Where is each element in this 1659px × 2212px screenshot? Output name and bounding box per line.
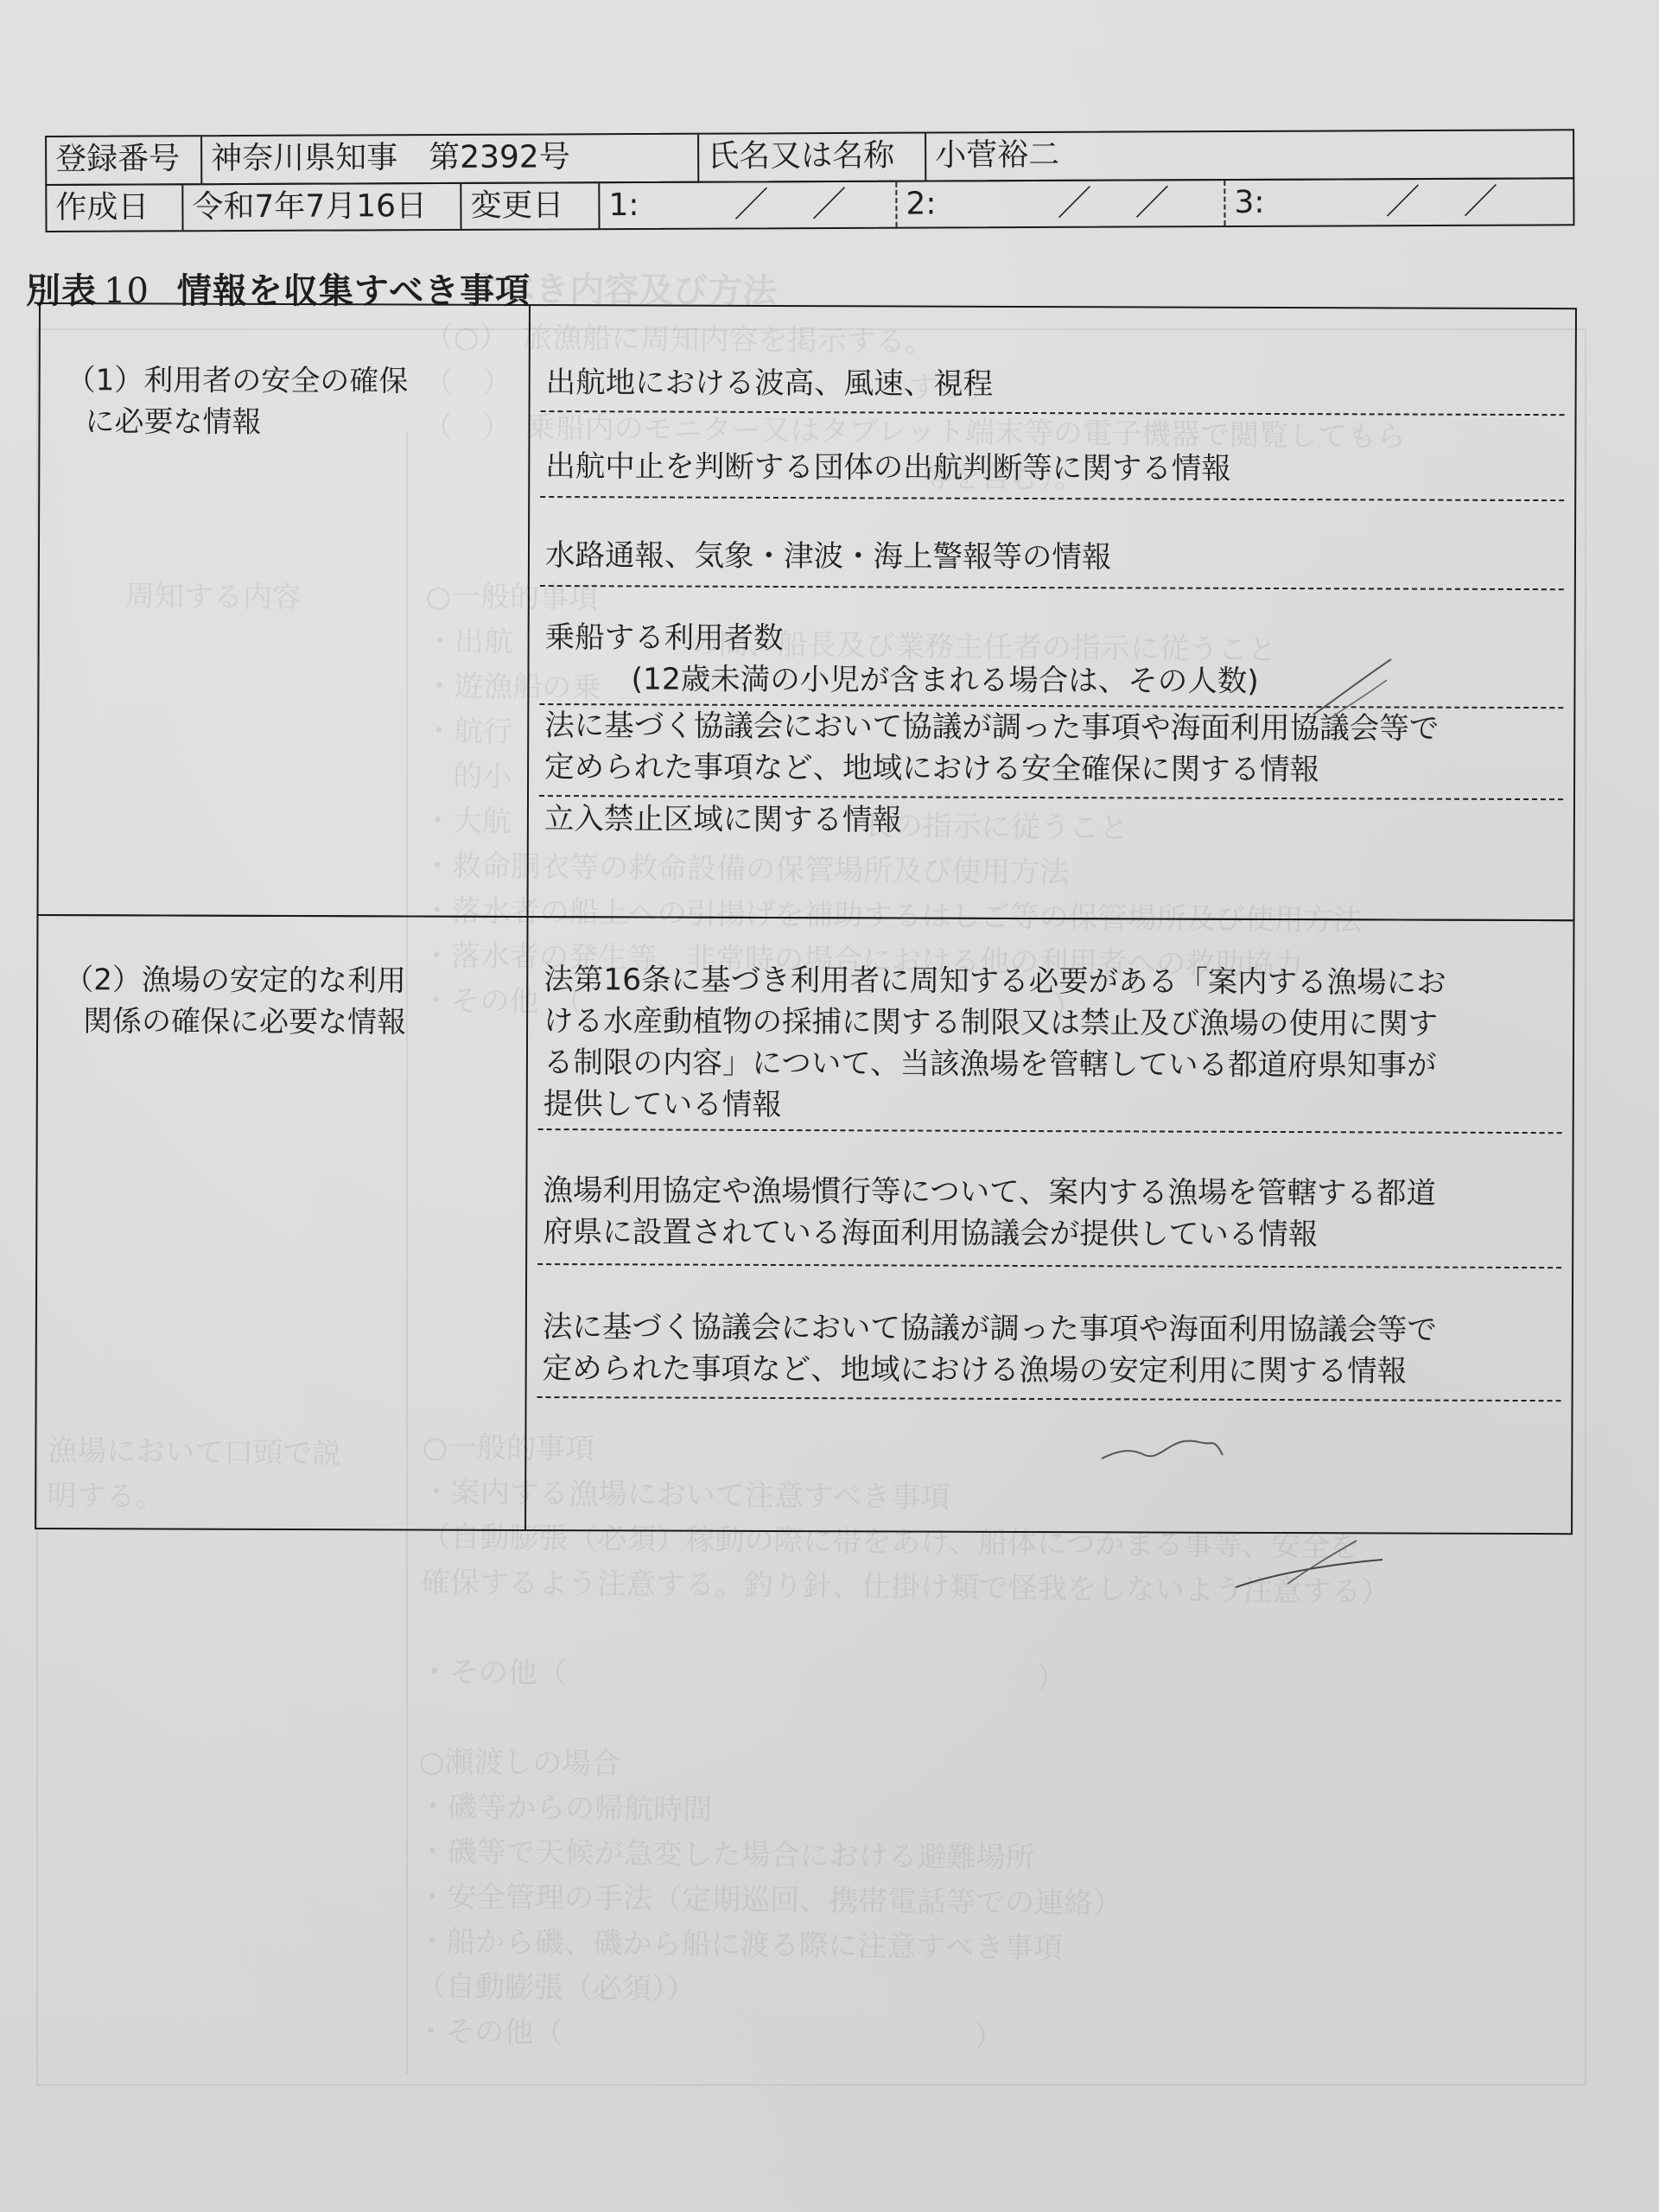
item-text: 法に基づく協議会において協議が調った事項や海面利用協議会等で — [543, 1306, 1561, 1351]
section-safety: （1）利用者の安全の確保 に必要な情報 出航地における波高、風速、視程 出航中止… — [37, 302, 1577, 921]
item-text: (12歳未満の小児が含まれる場合は、その人数) — [544, 658, 1563, 703]
list-item: 立入禁止区域に関する情報 — [539, 798, 1563, 850]
date-separator: ／ — [1113, 181, 1191, 226]
item-text: 法に基づく協議会において協議が調った事項や海面利用協議会等で — [544, 705, 1563, 750]
section-items-cell: 出航地における波高、風速、視程 出航中止を判断する団体の出航判断等に関する情報 … — [529, 306, 1575, 919]
section-label: （2）漁場の安定的な利用 関係の確保に必要な情報 — [64, 959, 513, 1044]
list-item: 出航中止を判断する団体の出航判断等に関する情報 — [540, 446, 1564, 501]
created-value: 令和7年7月16日 — [183, 184, 461, 230]
item-text: 水路通報、気象・津波・海上警報等の情報 — [545, 535, 1564, 580]
section-label-line: 関係の確保に必要な情報 — [64, 1001, 513, 1044]
list-item: 法に基づく協議会において協議が調った事項や海面利用協議会等で 定められた事項など… — [539, 705, 1563, 800]
section-items-cell: 法第16条に基づき利用者に周知する必要がある「案内する漁場にお ける水産動植物の… — [526, 918, 1573, 1533]
registration-value: 神奈川県知事 第2392号 — [202, 135, 699, 184]
registration-label: 登録番号 — [47, 137, 202, 184]
registration-header-table: 登録番号 神奈川県知事 第2392号 氏名又は名称 小菅裕二 作成日 令和7年7… — [45, 118, 1575, 231]
list-item: 水路通報、気象・津波・海上警報等の情報 — [540, 535, 1564, 590]
item-text: 出航地における波高、風速、視程 — [546, 362, 1565, 407]
list-item: 法に基づく協議会において協議が調った事項や海面利用協議会等で 定められた事項など… — [537, 1306, 1561, 1402]
item-text: 府県に設置されている海面利用協議会が提供している情報 — [543, 1211, 1561, 1256]
section-label-cell: （1）利用者の安全の確保 に必要な情報 — [39, 304, 531, 916]
item-text: 定められた事項など、地域における安全確保に関する情報 — [544, 747, 1563, 791]
section-label-cell: （2）漁場の安定的な利用 関係の確保に必要な情報 — [36, 916, 528, 1529]
pencil-stroke-mark — [1227, 1534, 1400, 1594]
date-separator: ／ — [1035, 181, 1113, 226]
item-text: 漁場利用協定や漁場慣行等について、案内する漁場を管轄する都道 — [543, 1170, 1561, 1215]
list-item: 漁場利用協定や漁場慣行等について、案内する漁場を管轄する都道 府県に設置されてい… — [537, 1170, 1561, 1268]
item-text: 立入禁止区域に関する情報 — [544, 798, 1563, 843]
header-row-registration: 登録番号 神奈川県知事 第2392号 氏名又は名称 小菅裕二 — [45, 129, 1574, 186]
list-item: 法第16条に基づき利用者に周知する必要がある「案内する漁場にお ける水産動植物の… — [538, 959, 1563, 1134]
date-separator: ／ — [712, 182, 790, 227]
item-text: 法第16条に基づき利用者に周知する必要がある「案内する漁場にお — [543, 959, 1562, 1004]
section-label-line: に必要な情報 — [66, 401, 515, 444]
pencil-squiggle-mark — [1097, 1434, 1227, 1478]
item-text: ける水産動植物の採捕に関する制限又は禁止及び漁場の使用に関す — [543, 1001, 1562, 1046]
created-label: 作成日 — [47, 185, 183, 231]
slot-number: 3: — [1234, 181, 1286, 226]
information-table: （1）利用者の安全の確保 に必要な情報 出航地における波高、風速、視程 出航中止… — [35, 302, 1577, 1535]
item-text: 提供している情報 — [543, 1084, 1562, 1128]
name-value: 小菅裕二 — [926, 130, 1573, 180]
list-item: 出航地における波高、風速、視程 — [541, 362, 1565, 416]
item-text: 出航中止を判断する団体の出航判断等に関する情報 — [545, 446, 1564, 491]
pencil-check-mark — [1305, 652, 1400, 721]
date-separator: ／ — [1363, 180, 1441, 225]
change-date-slot-1[interactable]: 1: ／ ／ — [600, 182, 897, 229]
change-date-slot-2[interactable]: 2: ／ ／ — [897, 181, 1225, 227]
section-label-line: （2）漁場の安定的な利用 — [64, 959, 513, 1002]
slot-number: 1: — [608, 183, 660, 228]
item-text: る制限の内容」について、当該漁場を管轄している都道府県知事が — [543, 1042, 1562, 1087]
date-separator: ／ — [1441, 180, 1519, 225]
header-row-dates: 作成日 令和7年7月16日 変更日 1: ／ ／ 2: ／ ／ 3: ／ ／ — [45, 177, 1574, 232]
slot-number: 2: — [906, 181, 957, 226]
changed-label: 変更日 — [461, 183, 600, 229]
section-label: （1）利用者の安全の確保 に必要な情報 — [66, 359, 515, 444]
change-date-slot-3[interactable]: 3: ／ ／ — [1225, 179, 1573, 226]
item-text: 定められた事項など、地域における漁場の安定利用に関する情報 — [543, 1348, 1561, 1393]
date-separator: ／ — [790, 182, 868, 227]
item-text: 乗船する利用者数 — [545, 617, 1564, 662]
section-label-line: （1）利用者の安全の確保 — [67, 359, 516, 403]
name-label: 氏名又は名称 — [699, 134, 926, 181]
section-fishing-ground: （2）漁場の安定的な利用 関係の確保に必要な情報 法第16条に基づき利用者に周知… — [35, 914, 1574, 1535]
list-item: 乗船する利用者数 (12歳未満の小児が含まれる場合は、その人数) — [539, 617, 1563, 709]
